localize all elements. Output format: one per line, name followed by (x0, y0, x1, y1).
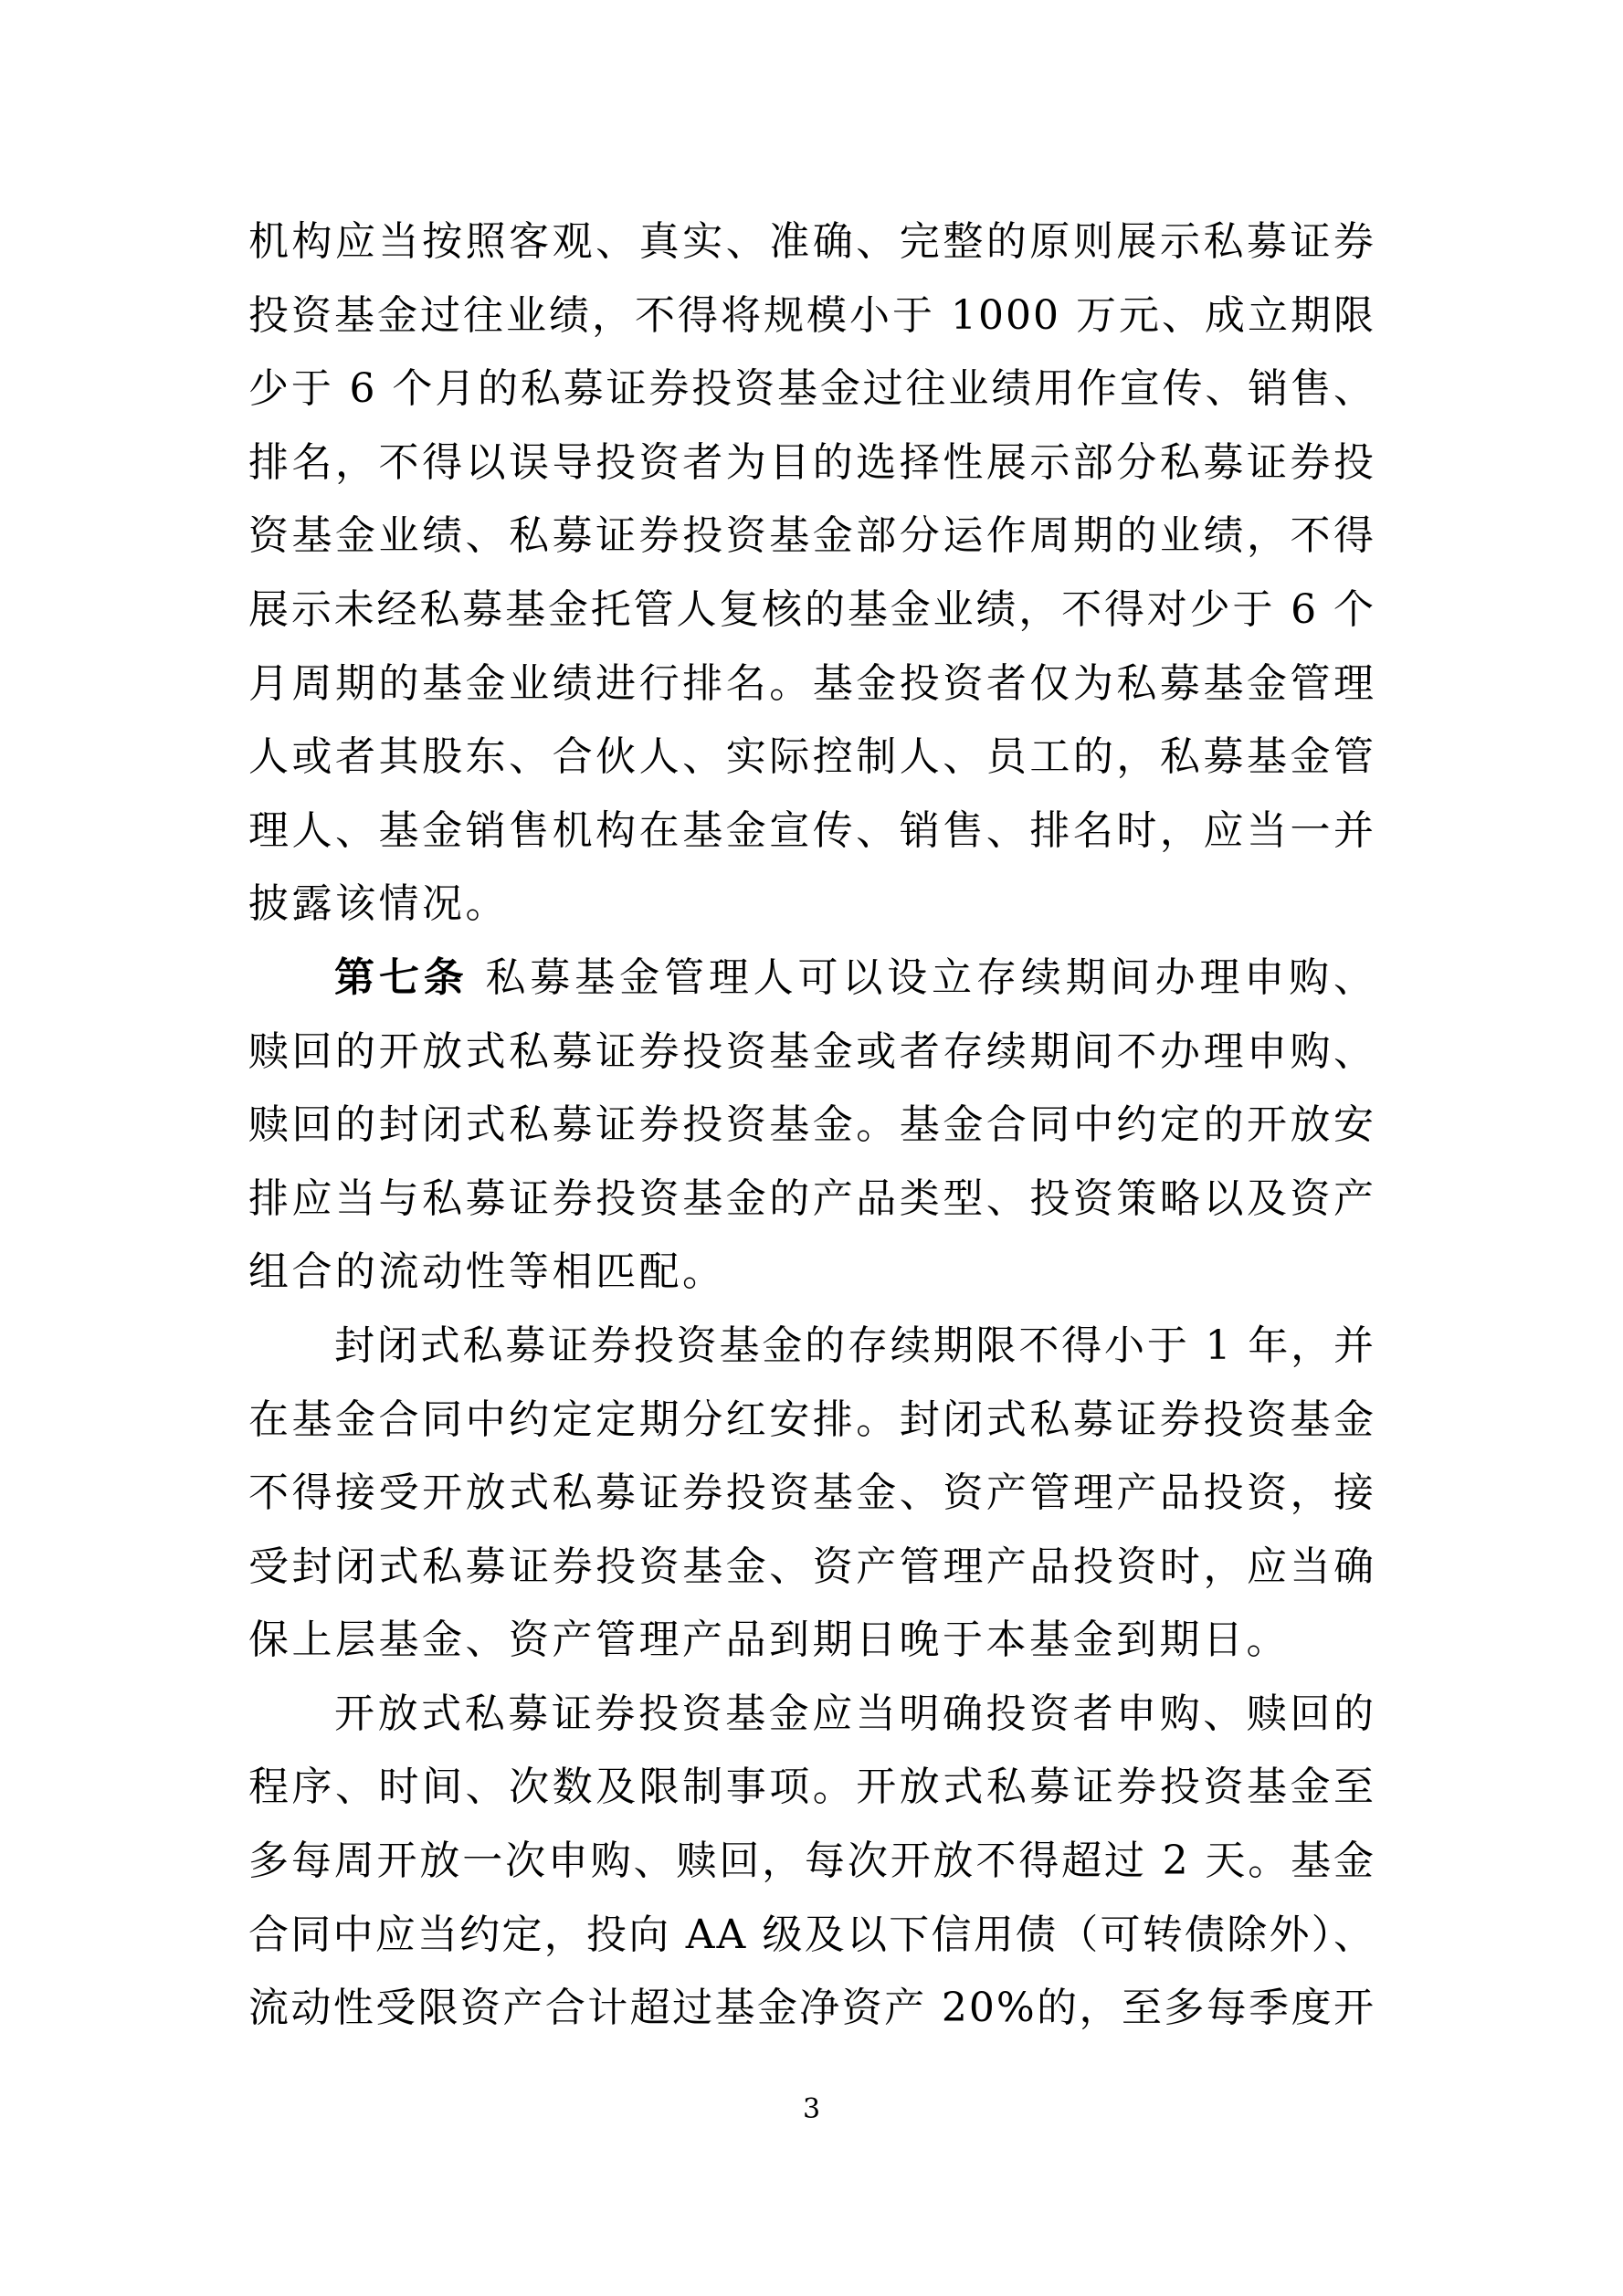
text-line-content: 程序、时间、次数及限制事项。开放式私募证券投资基金至 (248, 1764, 1375, 1810)
text-line: 人或者其股东、合伙人、实际控制人、员工的，私募基金管 (248, 721, 1375, 795)
text-line: 流动性受限资产合计超过基金净资产 20%的，至多每季度开 (248, 1972, 1375, 2046)
text-line: 理人、基金销售机构在基金宣传、销售、排名时，应当一并 (248, 795, 1375, 869)
text-line: 披露该情况。 (248, 868, 1375, 942)
text-line: 开放式私募证券投资基金应当明确投资者申购、赎回的 (248, 1678, 1375, 1752)
text-line: 在基金合同中约定定期分红安排。封闭式私募证券投资基金 (248, 1384, 1375, 1458)
page-number: 3 (803, 2093, 820, 2125)
text-line: 投资基金过往业绩，不得将规模小于 1000 万元、成立期限 (248, 279, 1375, 353)
text-line: 排应当与私募证券投资基金的产品类型、投资策略以及资产 (248, 1163, 1375, 1237)
text-line: 展示未经私募基金托管人复核的基金业绩，不得对少于 6 个 (248, 574, 1375, 648)
text-line-content: 投资基金过往业绩，不得将规模小于 1000 万元、成立期限 (248, 292, 1375, 339)
text-line: 封闭式私募证券投资基金的存续期限不得小于 1 年，并 (248, 1310, 1375, 1384)
text-line: 赎回的封闭式私募证券投资基金。基金合同中约定的开放安 (248, 1089, 1375, 1163)
text-line: 合同中应当约定，投向 AA 级及以下信用债（可转债除外）、 (248, 1899, 1375, 1973)
text-line-content: 受封闭式私募证券投资基金、资产管理产品投资时，应当确 (248, 1543, 1375, 1590)
text-line: 机构应当按照客观、真实、准确、完整的原则展示私募证券 (248, 205, 1375, 279)
text-line-content: 月周期的基金业绩进行排名。基金投资者仅为私募基金管理 (248, 660, 1375, 707)
text-line: 第七条 私募基金管理人可以设立存续期间办理申购、 (248, 942, 1375, 1016)
page-footer: 3 (0, 2093, 1623, 2125)
text-line-content: 人或者其股东、合伙人、实际控制人、员工的，私募基金管 (248, 733, 1375, 780)
document-body: 机构应当按照客观、真实、准确、完整的原则展示私募证券投资基金过往业绩，不得将规模… (248, 205, 1375, 2046)
text-line-content: 在基金合同中约定定期分红安排。封闭式私募证券投资基金 (248, 1396, 1375, 1443)
document-page: 机构应当按照客观、真实、准确、完整的原则展示私募证券投资基金过往业绩，不得将规模… (0, 0, 1623, 2296)
text-line-content: 机构应当按照客观、真实、准确、完整的原则展示私募证券 (248, 218, 1375, 265)
text-line-content: 排应当与私募证券投资基金的产品类型、投资策略以及资产 (248, 1175, 1375, 1222)
text-line-content: 开放式私募证券投资基金应当明确投资者申购、赎回的 (334, 1690, 1375, 1737)
article-number-heading: 第七条 (334, 954, 469, 1001)
text-line-content: 理人、基金销售机构在基金宣传、销售、排名时，应当一并 (248, 807, 1375, 854)
text-line: 保上层基金、资产管理产品到期日晚于本基金到期日。 (248, 1604, 1375, 1678)
text-line: 资基金业绩、私募证券投资基金部分运作周期的业绩，不得 (248, 500, 1375, 574)
text-line: 赎回的开放式私募证券投资基金或者存续期间不办理申购、 (248, 1016, 1375, 1090)
text-line-content: 封闭式私募证券投资基金的存续期限不得小于 1 年，并 (334, 1322, 1375, 1369)
text-line: 程序、时间、次数及限制事项。开放式私募证券投资基金至 (248, 1751, 1375, 1825)
text-line-content: 不得接受开放式私募证券投资基金、资产管理产品投资，接 (248, 1469, 1375, 1516)
text-line-content: 少于 6 个月的私募证券投资基金过往业绩用作宣传、销售、 (248, 365, 1375, 412)
text-line: 多每周开放一次申购、赎回，每次开放不得超过 2 天。基金 (248, 1825, 1375, 1899)
text-line-content: 赎回的封闭式私募证券投资基金。基金合同中约定的开放安 (248, 1101, 1375, 1148)
text-line-content: 赎回的开放式私募证券投资基金或者存续期间不办理申购、 (248, 1028, 1375, 1075)
text-line-content: 多每周开放一次申购、赎回，每次开放不得超过 2 天。基金 (248, 1838, 1375, 1884)
text-line-content: 披露该情况。 (248, 880, 509, 927)
text-line-content: 私募基金管理人可以设立存续期间办理申购、 (469, 954, 1375, 1001)
text-line-content: 流动性受限资产合计超过基金净资产 20%的，至多每季度开 (248, 1985, 1375, 2031)
text-line-content: 资基金业绩、私募证券投资基金部分运作周期的业绩，不得 (248, 512, 1375, 559)
text-line: 受封闭式私募证券投资基金、资产管理产品投资时，应当确 (248, 1531, 1375, 1605)
text-line-content: 展示未经私募基金托管人复核的基金业绩，不得对少于 6 个 (248, 586, 1375, 633)
text-line: 组合的流动性等相匹配。 (248, 1236, 1375, 1310)
text-line-content: 合同中应当约定，投向 AA 级及以下信用债（可转债除外）、 (248, 1912, 1375, 1958)
text-line-content: 组合的流动性等相匹配。 (248, 1248, 726, 1295)
text-line-content: 保上层基金、资产管理产品到期日晚于本基金到期日。 (248, 1617, 1290, 1663)
text-line: 不得接受开放式私募证券投资基金、资产管理产品投资，接 (248, 1457, 1375, 1531)
text-line-content: 排名，不得以误导投资者为目的选择性展示部分私募证券投 (248, 439, 1375, 486)
text-line: 少于 6 个月的私募证券投资基金过往业绩用作宣传、销售、 (248, 353, 1375, 427)
text-line: 排名，不得以误导投资者为目的选择性展示部分私募证券投 (248, 427, 1375, 500)
text-line: 月周期的基金业绩进行排名。基金投资者仅为私募基金管理 (248, 648, 1375, 721)
